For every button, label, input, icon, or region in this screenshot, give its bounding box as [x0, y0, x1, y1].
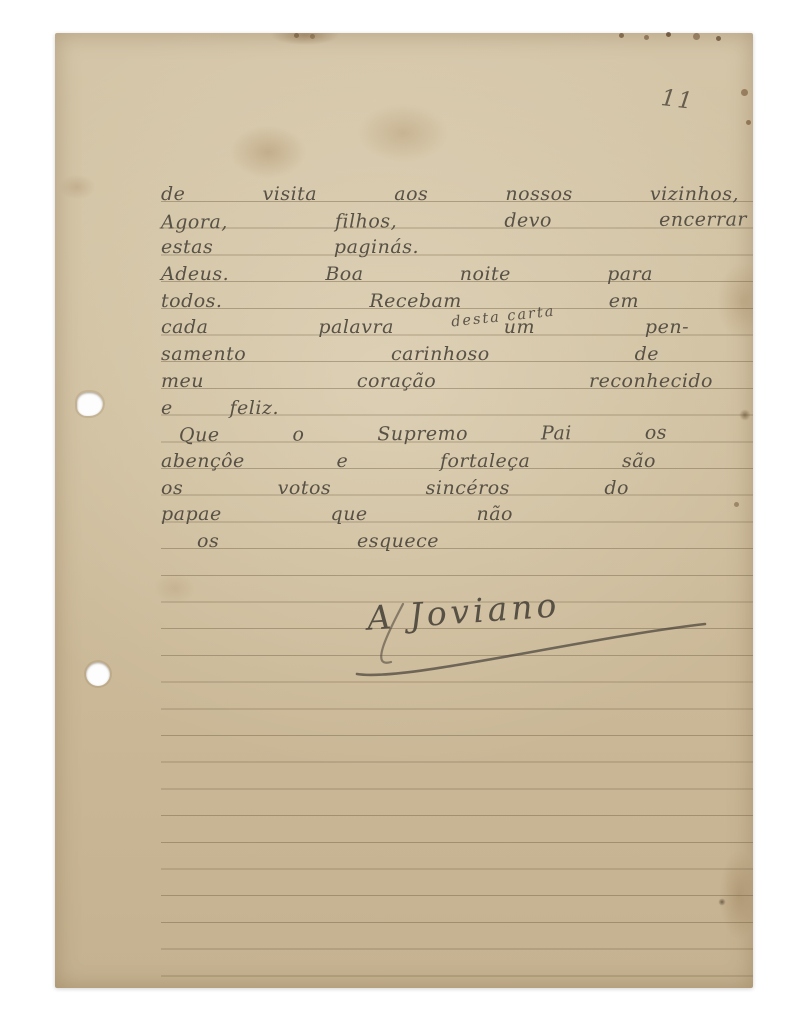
handwriting-line: estas paginás.	[161, 234, 419, 261]
punch-hole-top	[77, 392, 103, 416]
page-number: 11	[660, 85, 696, 115]
handwriting-block: de visita aos nossos vizinhos, Agora, fi…	[161, 181, 749, 555]
handwriting-line: todos. Recebam em	[161, 288, 639, 315]
scanned-letter-page: 11 de visita aos nossos vizinhos, Agora,…	[0, 0, 809, 1024]
handwriting-line: meu coração reconhecido	[161, 368, 713, 395]
signature-block: A Joviano	[333, 576, 725, 694]
edge-specks	[55, 33, 58, 36]
punch-hole-bottom	[86, 662, 110, 686]
handwriting-line: cada palavra um pen-	[161, 314, 689, 341]
handwriting-line: os esquece	[197, 528, 439, 555]
handwriting-line: samento carinhoso de	[161, 341, 659, 368]
handwriting-line: Adeus. Boa noite para	[161, 261, 653, 288]
paper: 11 de visita aos nossos vizinhos, Agora,…	[55, 33, 753, 988]
handwriting-line: papae que não	[161, 501, 513, 528]
handwriting-line: e feliz.	[161, 395, 279, 422]
handwriting-line: Que o Supremo Pai os	[179, 420, 667, 449]
handwriting-line: os votos sincéros do	[161, 475, 629, 502]
handwriting-line: abençôe e fortaleça são	[161, 448, 656, 475]
handwriting-line: Agora, filhos, devo encerrar	[161, 206, 747, 236]
handwriting-line: de visita aos nossos vizinhos,	[161, 181, 739, 208]
